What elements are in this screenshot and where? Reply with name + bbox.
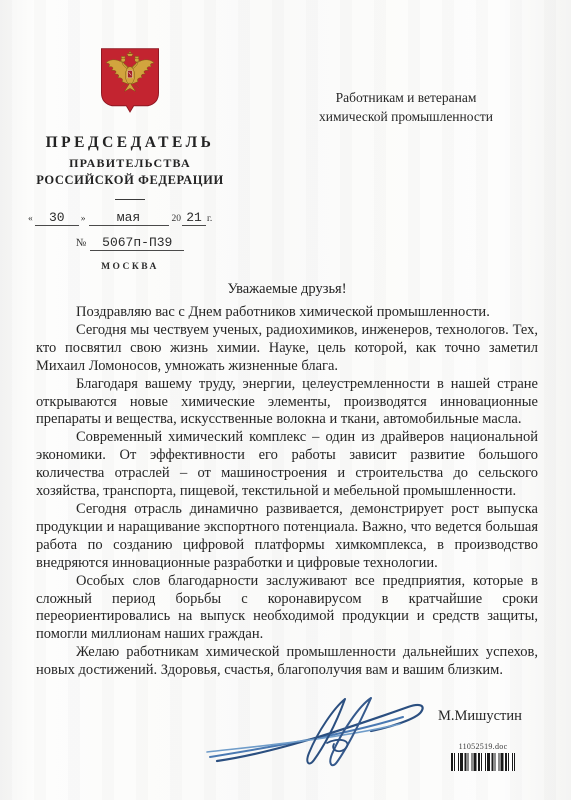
letter-paragraph: Желаю работникам химической промышленнос… [36, 644, 538, 680]
letterhead-subtitle-2: РОССИЙСКОЙ ФЕДЕРАЦИИ [28, 173, 232, 188]
date-year: 21 [182, 210, 206, 226]
addressee-line-2: химической промышленности [306, 107, 506, 126]
letter-body: Поздравляю вас с Днем работников химичес… [36, 304, 538, 680]
barcode-image [451, 753, 515, 771]
letter-paragraph: Поздравляю вас с Днем работников химичес… [36, 304, 538, 322]
letterhead-title: ПРЕДСЕДАТЕЛЬ [28, 134, 232, 152]
date-year-suffix: г. [207, 214, 212, 224]
letterhead-divider [115, 199, 145, 200]
document-number-label: № [76, 237, 87, 249]
date-month: мая [89, 210, 169, 226]
addressee-block: Работникам и ветеранам химической промыш… [306, 88, 506, 126]
doc-reference: 11052519.doc [446, 742, 520, 771]
signature-autograph-image [195, 691, 435, 773]
letter-page: ПРЕДСЕДАТЕЛЬ ПРАВИТЕЛЬСТВА РОССИЙСКОЙ ФЕ… [0, 0, 571, 800]
letter-paragraph: Сегодня отрасль динамично развивается, д… [36, 501, 538, 573]
doc-filename: 11052519.doc [446, 742, 520, 751]
letter-paragraph: Современный химический комплекс – один и… [36, 429, 538, 501]
date-day: 30 [35, 210, 79, 226]
letter-paragraph: Благодаря вашему труду, энергии, целеуст… [36, 376, 538, 430]
signer-name: М.Мишустин [438, 708, 522, 725]
letter-paragraph: Особых слов благодарности заслуживают вс… [36, 573, 538, 645]
document-number-line: № 5067п-П39 [28, 235, 232, 251]
date-open-quote: « [28, 214, 33, 224]
salutation: Уважаемые друзья! [36, 281, 538, 298]
date-century: 20 [172, 214, 182, 224]
city-label: МОСКВА [28, 262, 232, 272]
letterhead-subtitle-1: ПРАВИТЕЛЬСТВА [28, 156, 232, 171]
document-number-value: 5067п-П39 [90, 235, 184, 251]
coat-of-arms-icon [99, 46, 161, 119]
addressee-line-1: Работникам и ветеранам [306, 88, 506, 107]
date-line: « 30 » мая 20 21 г. [28, 210, 232, 226]
date-close-quote: » [81, 214, 86, 224]
letterhead: ПРЕДСЕДАТЕЛЬ ПРАВИТЕЛЬСТВА РОССИЙСКОЙ ФЕ… [28, 46, 232, 272]
letter-paragraph: Сегодня мы чествуем ученых, радиохимиков… [36, 322, 538, 376]
